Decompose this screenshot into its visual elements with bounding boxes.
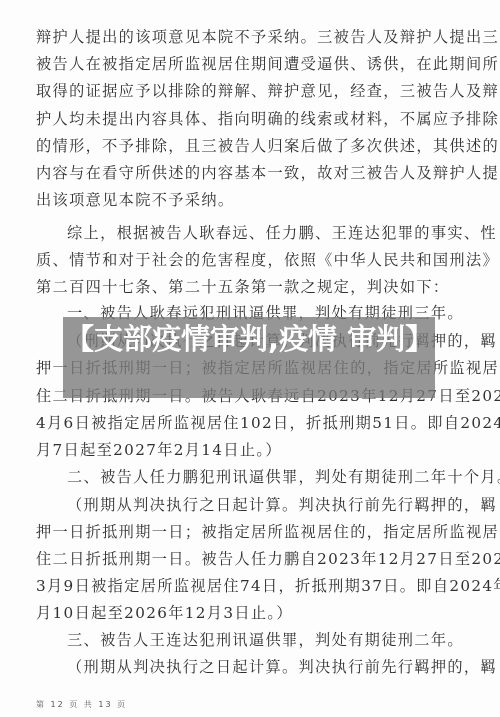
document-line: 3月9日被指定居所监视居住74日，折抵刑期37日。即自2024年3	[36, 576, 466, 596]
document-line: 质、情节和对于社会的危害程度，依照《中华人民共和国刑法》	[36, 250, 466, 270]
document-line: 出该项意见本院不予采纳。	[36, 190, 466, 210]
document-line: 取得的证据应予以排除的辩解、辩护意见，经查，三被告人及辩	[36, 81, 466, 101]
overlay-title: 【支部疫情审判,疫情 审判】	[63, 320, 437, 358]
document-line: 的情形，不予排除，且三被告人归案后做了多次供述，其供述的	[36, 136, 466, 156]
document-line: 住二日折抵刑期一日。被告人任力鹏自2023年12月27日至2024年	[36, 549, 466, 569]
document-line: （刑期从判决执行之日起计算。判决执行前先行羁押的，羁	[67, 657, 467, 677]
document-line: 内容与在看守所供述的内容基本一致，故对三被告人及辩护人提	[36, 163, 466, 183]
document-line: 被告人在被指定居所监视居住期间遭受逼供、诱供，在此期间所	[36, 54, 466, 74]
page-footer: 第 12 页 共 13 页	[36, 699, 127, 710]
document-line: 押一日折抵刑期一日；被指定居所监视居住的，指定居所监视居	[36, 522, 466, 542]
document-line: 4月6日被指定居所监视居住102日，折抵刑期51日。即自2024年4	[36, 413, 466, 433]
document-line: 月10日起至2026年12月3日止。）	[36, 603, 466, 623]
document-line: 辩护人提出的该项意见本院不予采纳。三被告人及辩护人提出三	[36, 27, 466, 47]
document-line: （刑期从判决执行之日起计算。判决执行前先行羁押的，羁	[67, 495, 467, 515]
document-line: 三、被告人王连达犯刑讯逼供罪，判处有期徒刑二年。	[67, 630, 467, 650]
document-line: 第二百四十七条、第二十五条第一款之规定，判决如下：	[36, 277, 466, 297]
document-line: 二、被告人任力鹏犯刑讯逼供罪，判处有期徒刑二年十个月。	[67, 467, 467, 487]
document-line: 护人均未提出内容具体、指向明确的线索或材料，不属应予排除	[36, 109, 466, 129]
document-line: 综上，根据被告人耿春远、任力鹏、王连达犯罪的事实、性	[67, 223, 467, 243]
document-line: 月7日起至2027年2月14日止。）	[36, 440, 466, 460]
